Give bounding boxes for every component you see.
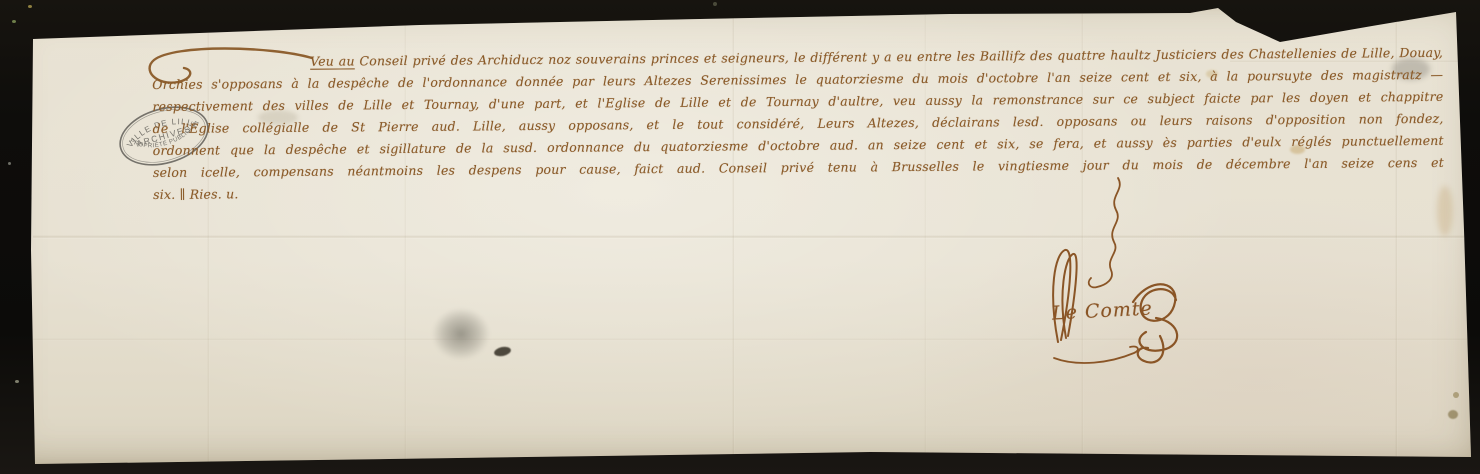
signature-underline-flourish bbox=[1054, 347, 1138, 363]
manuscript-text-block: Veu au Conseil privé des Archiducz noz s… bbox=[150, 42, 1461, 212]
dust-speck bbox=[28, 5, 32, 8]
dust-speck bbox=[15, 380, 19, 383]
dust-speck bbox=[12, 20, 16, 23]
foxing-spot bbox=[1448, 410, 1458, 419]
foxing-spot bbox=[1453, 392, 1459, 398]
parchment-sheet: VILLE DE LILLE ARCHIVES PROPRIÉTÉ PUBLIQ… bbox=[0, 0, 1480, 474]
photograph-of-manuscript: VILLE DE LILLE ARCHIVES PROPRIÉTÉ PUBLIQ… bbox=[0, 0, 1480, 474]
signature-rubric-loops bbox=[1133, 284, 1177, 362]
dust-speck bbox=[713, 2, 717, 6]
dust-speck bbox=[8, 162, 11, 165]
signature-tall-loop bbox=[1053, 250, 1076, 342]
seal-show-through-stain bbox=[432, 308, 490, 360]
signature: Le Comte bbox=[1051, 297, 1153, 324]
foxing-spot bbox=[695, 4, 715, 15]
fold-crease-horizontal bbox=[33, 235, 1467, 239]
manuscript-line: six. ∥ Ries. u. bbox=[153, 181, 553, 206]
ink-spot bbox=[493, 345, 511, 357]
fold-crease-horizontal bbox=[33, 338, 1467, 341]
underlined-opening-words: Veu au bbox=[310, 53, 355, 68]
